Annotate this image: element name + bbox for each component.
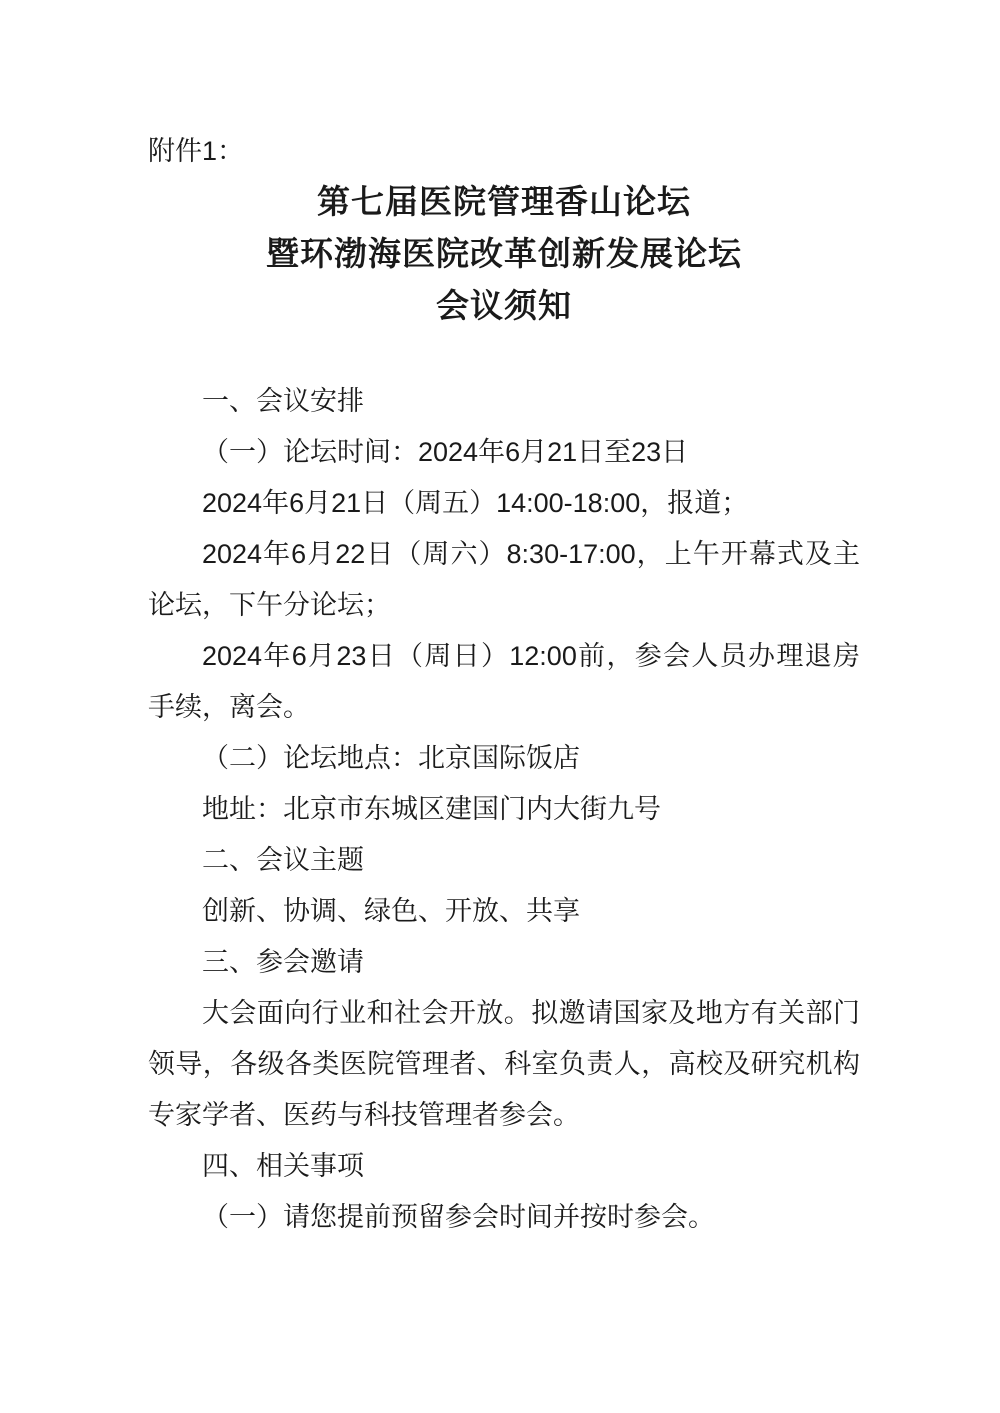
paragraph: 一、会议安排: [148, 376, 860, 427]
title-line: 暨环渤海医院改革创新发展论坛: [148, 228, 860, 280]
document-body: 一、会议安排（一）论坛时间：2024年6月21日至23日2024年6月21日（周…: [148, 376, 860, 1243]
text-line: 二、会议主题: [148, 835, 860, 886]
text-line: （一）论坛时间：2024年6月21日至23日: [148, 427, 860, 478]
paragraph: （二）论坛地点：北京国际饭店: [148, 733, 860, 784]
paragraph: （一）请您提前预留参会时间并按时参会。: [148, 1192, 860, 1243]
paragraph: （一）论坛时间：2024年6月21日至23日: [148, 427, 860, 478]
paragraph: 地址：北京市东城区建国门内大街九号: [148, 784, 860, 835]
paragraph: 大会面向行业和社会开放。拟邀请国家及地方有关部门领导，各级各类医院管理者、科室负…: [148, 988, 860, 1141]
title-line: 会议须知: [148, 280, 860, 332]
paragraph: 2024年6月22日（周六）8:30-17:00，上午开幕式及主论坛，下午分论坛…: [148, 529, 860, 631]
paragraph: 创新、协调、绿色、开放、共享: [148, 886, 860, 937]
text-line: 领导，各级各类医院管理者、科室负责人，高校及研究机构: [148, 1039, 860, 1090]
text-line: 大会面向行业和社会开放。拟邀请国家及地方有关部门: [148, 988, 860, 1039]
text-line: 地址：北京市东城区建国门内大街九号: [148, 784, 860, 835]
paragraph: 四、相关事项: [148, 1141, 860, 1192]
document-title: 第七届医院管理香山论坛暨环渤海医院改革创新发展论坛会议须知: [148, 176, 860, 332]
text-line: 三、参会邀请: [148, 937, 860, 988]
attachment-label: 附件1：: [148, 134, 860, 168]
text-line: 手续，离会。: [148, 682, 860, 733]
paragraph: 2024年6月21日（周五）14:00-18:00，报道；: [148, 478, 860, 529]
paragraph: 2024年6月23日（周日）12:00前，参会人员办理退房手续，离会。: [148, 631, 860, 733]
text-line: 四、相关事项: [148, 1141, 860, 1192]
text-line: 一、会议安排: [148, 376, 860, 427]
text-line: 专家学者、医药与科技管理者参会。: [148, 1090, 860, 1141]
paragraph: 二、会议主题: [148, 835, 860, 886]
text-line: 2024年6月23日（周日）12:00前，参会人员办理退房: [148, 631, 860, 682]
text-line: （一）请您提前预留参会时间并按时参会。: [148, 1192, 860, 1243]
text-line: 论坛，下午分论坛；: [148, 580, 860, 631]
text-line: 2024年6月21日（周五）14:00-18:00，报道；: [148, 478, 860, 529]
paragraph: 三、参会邀请: [148, 937, 860, 988]
text-line: 创新、协调、绿色、开放、共享: [148, 886, 860, 937]
document-page: 附件1： 第七届医院管理香山论坛暨环渤海医院改革创新发展论坛会议须知 一、会议安…: [0, 0, 1000, 1413]
title-line: 第七届医院管理香山论坛: [148, 176, 860, 228]
text-line: 2024年6月22日（周六）8:30-17:00，上午开幕式及主: [148, 529, 860, 580]
document-content: 附件1： 第七届医院管理香山论坛暨环渤海医院改革创新发展论坛会议须知 一、会议安…: [148, 134, 860, 1243]
text-line: （二）论坛地点：北京国际饭店: [148, 733, 860, 784]
